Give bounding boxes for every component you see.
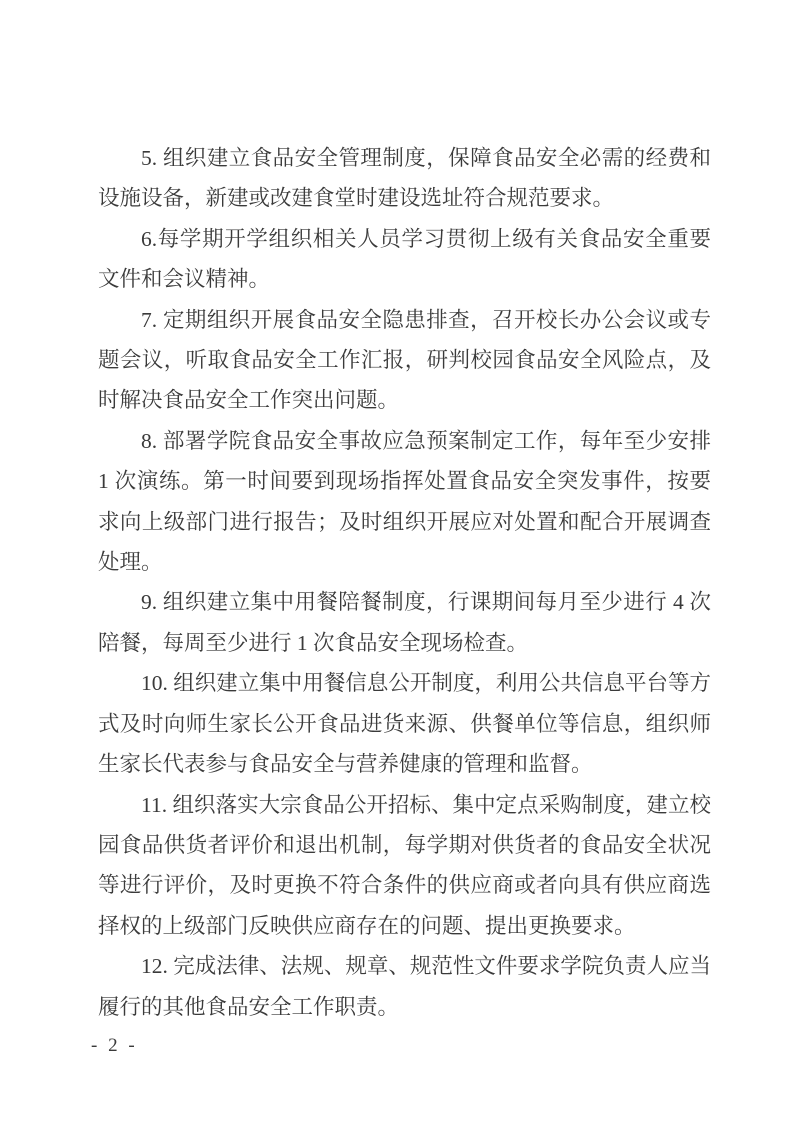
paragraph-item-9: 9. 组织建立集中用餐陪餐制度，行课期间每月至少进行 4 次陪餐，每周至少进行 … — [98, 582, 711, 663]
paragraph-item-12: 12. 完成法律、法规、规章、规范性文件要求学院负责人应当履行的其他食品安全工作… — [98, 946, 711, 1027]
page-number: - 2 - — [91, 1034, 138, 1058]
paragraph-item-8: 8. 部署学院食品安全事故应急预案制定工作，每年至少安排 1 次演练。第一时间要… — [98, 421, 711, 583]
paragraph-item-10: 10. 组织建立集中用餐信息公开制度，利用公共信息平台等方式及时向师生家长公开食… — [98, 663, 711, 784]
paragraph-item-7: 7. 定期组织开展食品安全隐患排查，召开校长办公会议或专题会议，听取食品安全工作… — [98, 300, 711, 421]
document-page: 5. 组织建立食品安全管理制度，保障食品安全必需的经费和设施设备，新建或改建食堂… — [0, 0, 800, 1132]
document-content: 5. 组织建立食品安全管理制度，保障食品安全必需的经费和设施设备，新建或改建食堂… — [98, 138, 711, 1027]
paragraph-item-6: 6.每学期开学组织相关人员学习贯彻上级有关食品安全重要文件和会议精神。 — [98, 219, 711, 300]
paragraph-item-11: 11. 组织落实大宗食品公开招标、集中定点采购制度，建立校园食品供货者评价和退出… — [98, 785, 711, 947]
paragraph-item-5: 5. 组织建立食品安全管理制度，保障食品安全必需的经费和设施设备，新建或改建食堂… — [98, 138, 711, 219]
